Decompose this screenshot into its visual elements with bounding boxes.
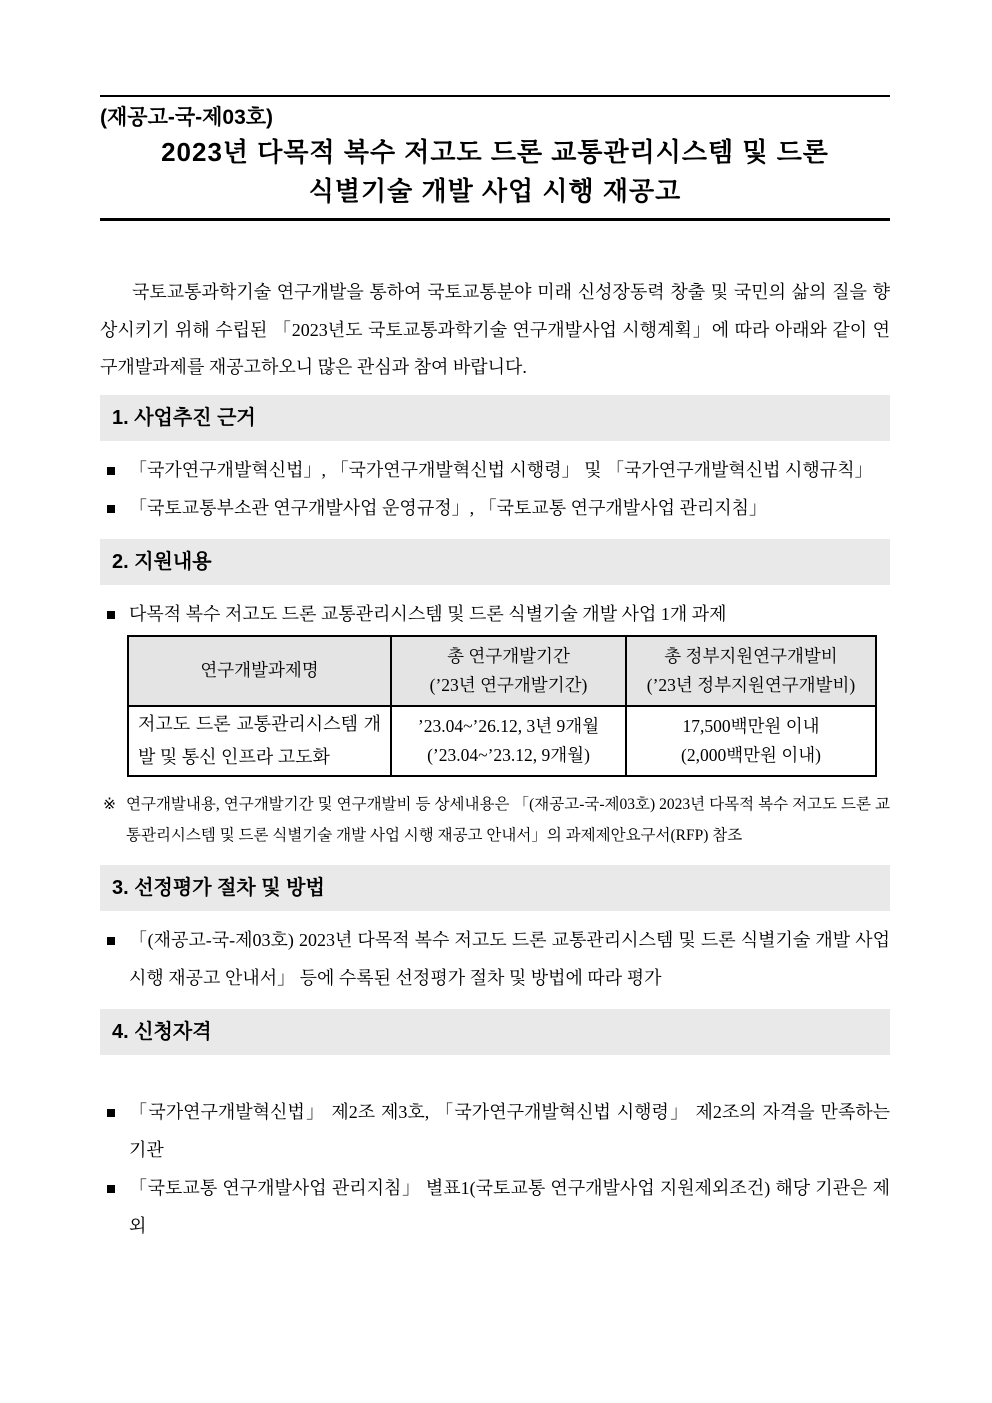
section-heading-4: 4. 신청자격 — [100, 1009, 890, 1055]
column-header-period: 총 연구개발기간 (’23년 연구개발기간) — [391, 636, 626, 706]
list-item-text: 「국가연구개발혁신법」 제2조 제3호, 「국가연구개발혁신법 시행령」 제2조… — [129, 1093, 890, 1169]
reference-note-text: 연구개발내용, 연구개발기간 및 연구개발비 등 상세내용은 「(재공고-국-제… — [126, 789, 890, 851]
list-item-text: 다목적 복수 저고도 드론 교통관리시스템 및 드론 식별기술 개발 사업 1개… — [129, 595, 890, 633]
cell-project-name: 저고도 드론 교통관리시스템 개발 및 통신 인프라 고도화 — [128, 706, 391, 776]
section-1-bullets: 「국가연구개발혁신법」, 「국가연구개발혁신법 시행령」 및 「국가연구개발혁신… — [100, 451, 890, 527]
list-item-text: 「국토교통 연구개발사업 관리지침」 별표1(국토교통 연구개발사업 지원제외조… — [129, 1169, 890, 1245]
top-rule — [100, 95, 890, 97]
column-header-text: 총 연구개발기간 — [392, 642, 625, 671]
section-2-bullets: 다목적 복수 저고도 드론 교통관리시스템 및 드론 식별기술 개발 사업 1개… — [100, 595, 890, 633]
cell-budget: 17,500백만원 이내 (2,000백만원 이내) — [626, 706, 876, 776]
column-header-subtext: (’23년 연구개발기간) — [392, 671, 625, 700]
page-title-line2: 식별기술 개발 사업 시행 재공고 — [100, 172, 890, 211]
list-item: 「국토교통부소관 연구개발사업 운영규정」, 「국토교통 연구개발사업 관리지침… — [100, 489, 890, 527]
cell-budget-2023: (2,000백만원 이내) — [627, 741, 875, 770]
page-title-line1: 2023년 다목적 복수 저고도 드론 교통관리시스템 및 드론 — [100, 133, 890, 172]
square-bullet-icon — [107, 611, 115, 619]
list-item: 다목적 복수 저고도 드론 교통관리시스템 및 드론 식별기술 개발 사업 1개… — [100, 595, 890, 633]
square-bullet-icon — [107, 1185, 115, 1193]
project-table: 연구개발과제명 총 연구개발기간 (’23년 연구개발기간) 총 정부지원연구개… — [127, 635, 877, 777]
cell-budget-total: 17,500백만원 이내 — [627, 712, 875, 741]
cell-period: ’23.04~’26.12, 3년 9개월 (’23.04~’23.12, 9개… — [391, 706, 626, 776]
table-row: 저고도 드론 교통관리시스템 개발 및 통신 인프라 고도화 ’23.04~’2… — [128, 706, 876, 776]
list-item-text: 「국토교통부소관 연구개발사업 운영규정」, 「국토교통 연구개발사업 관리지침… — [129, 489, 890, 527]
square-bullet-icon — [107, 467, 115, 475]
doc-number: (재공고-국-제03호) — [100, 103, 890, 133]
column-header-budget: 총 정부지원연구개발비 (’23년 정부지원연구개발비) — [626, 636, 876, 706]
list-item: 「(재공고-국-제03호) 2023년 다목적 복수 저고도 드론 교통관리시스… — [100, 921, 890, 997]
document-page: (재공고-국-제03호) 2023년 다목적 복수 저고도 드론 교통관리시스템… — [100, 95, 890, 1245]
square-bullet-icon — [107, 937, 115, 945]
square-bullet-icon — [107, 1109, 115, 1117]
section-heading-1: 1. 사업추진 근거 — [100, 395, 890, 441]
list-item: 「국가연구개발혁신법」 제2조 제3호, 「국가연구개발혁신법 시행령」 제2조… — [100, 1093, 890, 1169]
column-header-project-name: 연구개발과제명 — [128, 636, 391, 706]
column-header-text: 연구개발과제명 — [129, 656, 390, 685]
intro-paragraph: 국토교통과학기술 연구개발을 통하여 국토교통분야 미래 신성장동력 창출 및 … — [100, 274, 890, 387]
list-item-text: 「(재공고-국-제03호) 2023년 다목적 복수 저고도 드론 교통관리시스… — [129, 921, 890, 997]
section-heading-2: 2. 지원내용 — [100, 539, 890, 585]
square-bullet-icon — [107, 505, 115, 513]
title-rule — [100, 218, 890, 221]
reference-mark: ※ — [100, 789, 126, 851]
column-header-subtext: (’23년 정부지원연구개발비) — [627, 671, 875, 700]
list-item: 「국토교통 연구개발사업 관리지침」 별표1(국토교통 연구개발사업 지원제외조… — [100, 1169, 890, 1245]
section-3-bullets: 「(재공고-국-제03호) 2023년 다목적 복수 저고도 드론 교통관리시스… — [100, 921, 890, 997]
section-4-bullets: 「국가연구개발혁신법」 제2조 제3호, 「국가연구개발혁신법 시행령」 제2조… — [100, 1093, 890, 1245]
cell-period-total: ’23.04~’26.12, 3년 9개월 — [392, 712, 625, 741]
section-heading-3: 3. 선정평가 절차 및 방법 — [100, 865, 890, 911]
cell-period-2023: (’23.04~’23.12, 9개월) — [392, 741, 625, 770]
list-item-text: 「국가연구개발혁신법」, 「국가연구개발혁신법 시행령」 및 「국가연구개발혁신… — [129, 451, 890, 489]
list-item: 「국가연구개발혁신법」, 「국가연구개발혁신법 시행령」 및 「국가연구개발혁신… — [100, 451, 890, 489]
column-header-text: 총 정부지원연구개발비 — [627, 642, 875, 671]
table-header-row: 연구개발과제명 총 연구개발기간 (’23년 연구개발기간) 총 정부지원연구개… — [128, 636, 876, 706]
reference-note: ※ 연구개발내용, 연구개발기간 및 연구개발비 등 상세내용은 「(재공고-국… — [100, 789, 890, 851]
